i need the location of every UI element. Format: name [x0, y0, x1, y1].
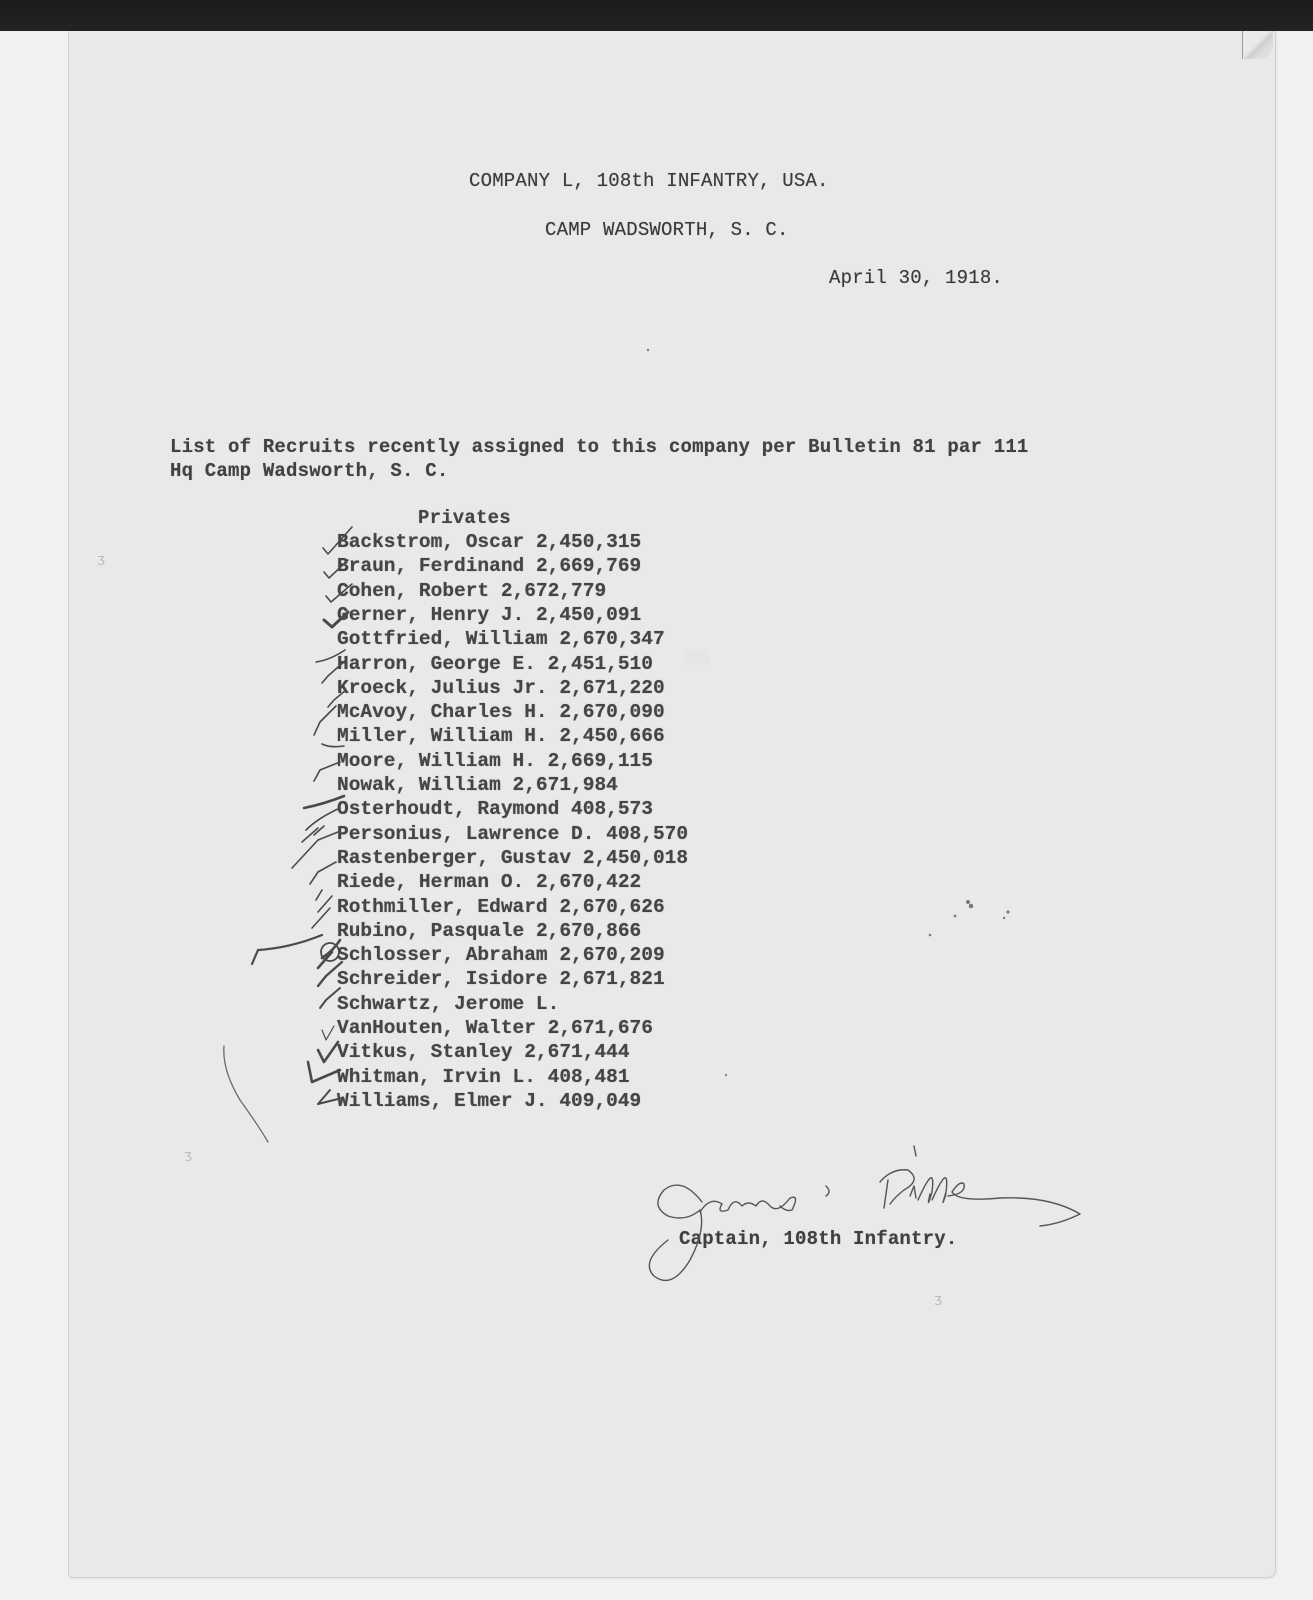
archive-stamp-mark: Ʒ: [184, 1150, 192, 1164]
intro-line-2: Hq Camp Wadsworth, S. C.: [170, 460, 448, 482]
roster-entry: Vitkus, Stanley 2,671,444: [337, 1041, 630, 1063]
roster-entry: VanHouten, Walter 2,671,676: [337, 1017, 653, 1039]
serial-number: 2,670,626: [559, 896, 664, 918]
archive-stamp-mark: Ʒ: [934, 1294, 942, 1308]
roster-entry: Kroeck, Julius Jr. 2,671,220: [337, 677, 665, 699]
serial-number: 2,671,821: [559, 968, 664, 990]
recruit-name: Backstrom, Oscar: [337, 531, 524, 553]
serial-number: 2,670,422: [536, 871, 641, 893]
recruit-name: Kroeck, Julius Jr.: [337, 677, 548, 699]
recruit-name: Riede, Herman O.: [337, 871, 524, 893]
roster-entry: Rastenberger, Gustav 2,450,018: [337, 847, 688, 869]
serial-number: 2,671,984: [513, 774, 618, 796]
roster-entry: Whitman, Irvin L. 408,481: [337, 1066, 630, 1088]
serial-number: 2,450,091: [536, 604, 641, 626]
location-heading: CAMP WADSWORTH, S. C.: [545, 219, 789, 241]
recruit-name: Cohen, Robert: [337, 580, 489, 602]
serial-number: 2,672,779: [501, 580, 606, 602]
recruit-name: Rubino, Pasquale: [337, 920, 524, 942]
recruit-name: Williams, Elmer J.: [337, 1090, 548, 1112]
serial-number: 2,450,018: [583, 847, 688, 869]
scanner-top-band: [0, 0, 1313, 31]
document-date: April 30, 1918.: [829, 267, 1003, 289]
archive-stamp-mark: Ʒ: [97, 554, 105, 568]
roster-entry: Rubino, Pasquale 2,670,866: [337, 920, 641, 942]
roster-entry: Schlosser, Abraham 2,670,209: [337, 944, 665, 966]
recruit-name: Personius, Lawrence D.: [337, 823, 594, 845]
serial-number: 2,670,090: [559, 701, 664, 723]
serial-number: 408,570: [606, 823, 688, 845]
recruit-name: Whitman, Irvin L.: [337, 1066, 536, 1088]
unit-heading: COMPANY L, 108th INFANTRY, USA.: [469, 170, 829, 192]
roster-entry: Backstrom, Oscar 2,450,315: [337, 531, 641, 553]
serial-number: 2,671,444: [524, 1041, 629, 1063]
serial-number: 2,669,115: [548, 750, 653, 772]
recruit-name: Vitkus, Stanley: [337, 1041, 513, 1063]
roster-entry: Riede, Herman O. 2,670,422: [337, 871, 641, 893]
roster-entry: Cohen, Robert 2,672,779: [337, 580, 606, 602]
recruit-name: Schlosser, Abraham: [337, 944, 548, 966]
roster-entry: Gerner, Henry J. 2,450,091: [337, 604, 641, 626]
recruit-name: Gottfried, William: [337, 628, 548, 650]
roster-entry: Braun, Ferdinand 2,669,769: [337, 555, 641, 577]
recruit-name: Moore, William H.: [337, 750, 536, 772]
serial-number: 2,451,510: [548, 653, 653, 675]
recruit-name: Braun, Ferdinand: [337, 555, 524, 577]
recruit-name: Osterhoudt, Raymond: [337, 798, 559, 820]
roster-entry: Nowak, William 2,671,984: [337, 774, 618, 796]
recruit-name: Schreider, Isidore: [337, 968, 548, 990]
roster-entry: Schreider, Isidore 2,671,821: [337, 968, 665, 990]
roster-entry: Personius, Lawrence D. 408,570: [337, 823, 688, 845]
roster-entry: Williams, Elmer J. 409,049: [337, 1090, 641, 1112]
serial-number: 2,671,220: [559, 677, 664, 699]
recruit-name: McAvoy, Charles H.: [337, 701, 548, 723]
roster-entry: Schwartz, Jerome L.: [337, 993, 571, 1015]
roster-entry: Rothmiller, Edward 2,670,626: [337, 896, 665, 918]
document-page: [68, 31, 1276, 1578]
serial-number: 408,573: [571, 798, 653, 820]
roster-entry: Gottfried, William 2,670,347: [337, 628, 665, 650]
intro-line-1: List of Recruits recently assigned to th…: [170, 436, 1029, 458]
recruit-name: Schwartz, Jerome L.: [337, 993, 559, 1015]
serial-number: 2,670,347: [559, 628, 664, 650]
roster-entry: Harron, George E. 2,451,510: [337, 653, 653, 675]
serial-number: 2,450,315: [536, 531, 641, 553]
signature-title: Captain, 108th Infantry.: [679, 1228, 957, 1250]
recruit-name: Harron, George E.: [337, 653, 536, 675]
bleed-through-mark: ░░░: [684, 650, 710, 665]
serial-number: 409,049: [559, 1090, 641, 1112]
recruit-name: Gerner, Henry J.: [337, 604, 524, 626]
recruit-name: Rastenberger, Gustav: [337, 847, 571, 869]
recruit-name: Rothmiller, Edward: [337, 896, 548, 918]
serial-number: 2,450,666: [559, 725, 664, 747]
roster-entry: McAvoy, Charles H. 2,670,090: [337, 701, 665, 723]
serial-number: 408,481: [548, 1066, 630, 1088]
recruit-name: Miller, William H.: [337, 725, 548, 747]
serial-number: 2,669,769: [536, 555, 641, 577]
recruit-name: Nowak, William: [337, 774, 501, 796]
serial-number: 2,670,209: [559, 944, 664, 966]
roster-entry: Moore, William H. 2,669,115: [337, 750, 653, 772]
serial-number: 2,671,676: [548, 1017, 653, 1039]
serial-number: 2,670,866: [536, 920, 641, 942]
recruit-name: VanHouten, Walter: [337, 1017, 536, 1039]
folded-corner: [1242, 31, 1273, 59]
roster-heading: Privates: [418, 507, 511, 529]
roster-entry: Miller, William H. 2,450,666: [337, 725, 665, 747]
roster-entry: Osterhoudt, Raymond 408,573: [337, 798, 653, 820]
